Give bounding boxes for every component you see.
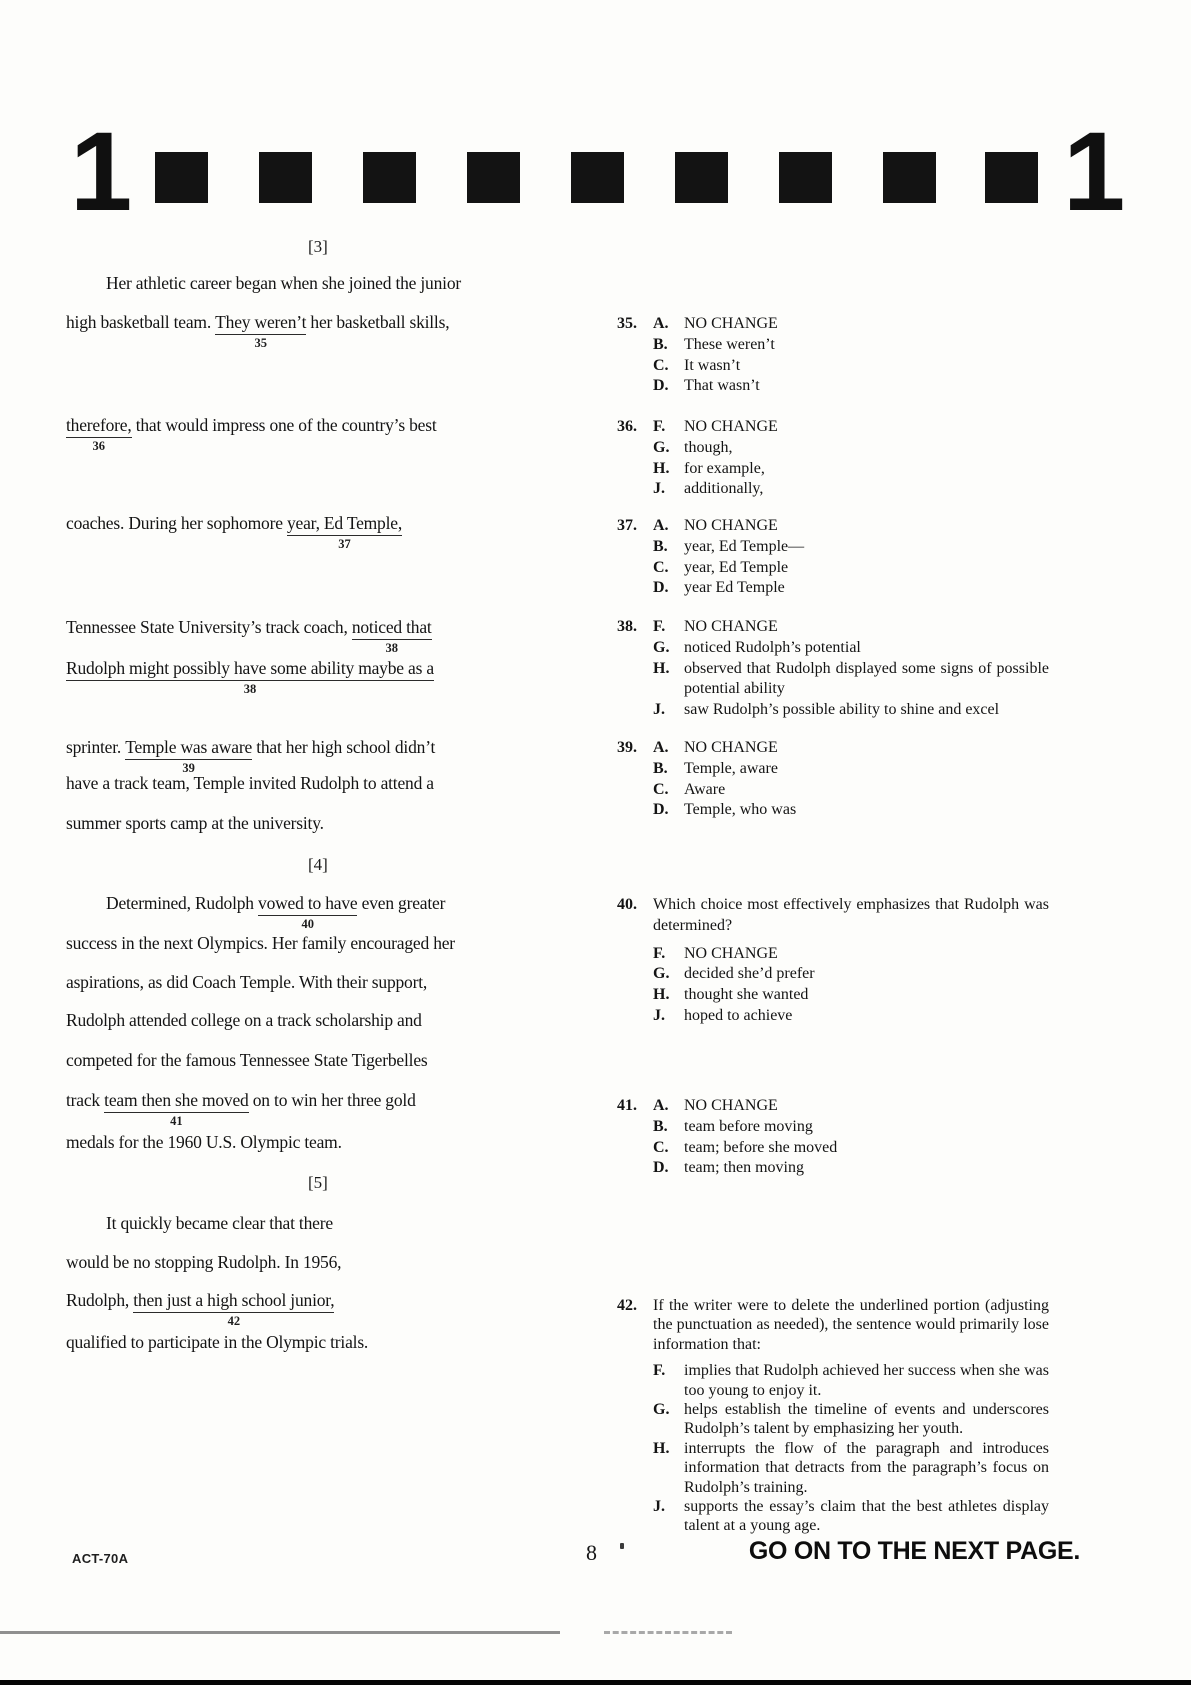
option-text: hoped to achieve (684, 1006, 1049, 1027)
option-letter: G. (653, 964, 684, 985)
question-39: 39. A.NO CHANGE B.Temple, aware C.Aware … (617, 738, 1049, 821)
question-37: 37. A.NO CHANGE B.year, Ed Temple— C.yea… (617, 516, 1049, 599)
answer-option[interactable]: B.year, Ed Temple— (653, 537, 1049, 558)
answer-option[interactable]: C.Aware (653, 780, 1049, 801)
answer-option[interactable]: D.year Ed Temple (653, 578, 1049, 599)
answer-option[interactable]: H.interrupts the flow of the paragraph a… (653, 1439, 1049, 1497)
passage-text: track (66, 1090, 104, 1110)
answer-option[interactable]: F.NO CHANGE (653, 417, 1049, 438)
paragraph-marker: [4] (308, 855, 328, 875)
passage-line: Rudolph might possibly have some ability… (66, 658, 434, 681)
option-letter: J. (653, 1006, 684, 1027)
answer-option[interactable]: C.year, Ed Temple (653, 558, 1049, 579)
paragraph-marker: [3] (308, 237, 328, 257)
underlined-portion-41: team then she moved41 (104, 1090, 248, 1113)
header-square (259, 152, 312, 203)
passage-line: Tennessee State University’s track coach… (66, 617, 432, 640)
section-number-right: 1 (1063, 116, 1121, 228)
underlined-text: They weren’t (215, 312, 306, 332)
option-letter: F. (653, 617, 684, 638)
answer-option[interactable]: C.team; before she moved (653, 1138, 1049, 1159)
question-stem: If the writer were to delete the underli… (653, 1296, 1049, 1354)
passage-line: Rudolph attended college on a track scho… (66, 1010, 422, 1031)
passage-text: that would impress one of the country’s … (132, 415, 437, 435)
option-letter: D. (653, 1158, 684, 1179)
underline-number: 36 (93, 440, 106, 453)
passage-text: Rudolph attended college on a track scho… (66, 1010, 422, 1030)
passage-line: summer sports camp at the university. (66, 813, 324, 834)
option-letter: J. (653, 700, 684, 721)
option-text: NO CHANGE (684, 617, 1049, 638)
underline-number: 42 (228, 1315, 241, 1328)
option-text: That wasn’t (684, 376, 1049, 397)
question-number: 38. (617, 617, 653, 638)
header-square (779, 152, 832, 203)
scan-rule-dashes (604, 1631, 732, 1634)
underlined-portion-42: then just a high school junior,42 (133, 1290, 334, 1313)
header-square (467, 152, 520, 203)
option-letter: C. (653, 1138, 684, 1159)
answer-option[interactable]: J.saw Rudolph’s possible ability to shin… (653, 700, 1049, 721)
passage-line: track team then she moved41 on to win he… (66, 1090, 416, 1113)
header-square (675, 152, 728, 203)
option-text: team; before she moved (684, 1138, 1049, 1159)
passage-text: Rudolph, (66, 1290, 133, 1310)
answer-option[interactable]: J.additionally, (653, 479, 1049, 500)
answer-option[interactable]: D.That wasn’t (653, 376, 1049, 397)
question-40: 40. Which choice most effectively emphas… (617, 895, 1049, 1027)
passage-text: coaches. During her sophomore (66, 513, 287, 533)
option-letter: D. (653, 578, 684, 599)
option-letter: G. (653, 638, 684, 659)
passage-line: coaches. During her sophomore year, Ed T… (66, 513, 402, 536)
header-square (571, 152, 624, 203)
question-number: 37. (617, 516, 653, 537)
passage-text: even greater (357, 893, 445, 913)
answer-option[interactable]: J.hoped to achieve (653, 1006, 1049, 1027)
passage-text: summer sports camp at the university. (66, 813, 324, 833)
answer-option[interactable]: G.noticed Rudolph’s potential (653, 638, 1049, 659)
passage-line: It quickly became clear that there (106, 1213, 333, 1234)
question-number: 39. (617, 738, 653, 759)
option-text: NO CHANGE (684, 516, 1049, 537)
passage-line: high basketball team. They weren’t35 her… (66, 312, 449, 335)
option-letter: D. (653, 376, 684, 397)
scan-artifact (620, 1543, 624, 1549)
underlined-text: then just a high school junior, (133, 1290, 334, 1310)
underlined-portion-37: year, Ed Temple,37 (287, 513, 402, 536)
option-letter: C. (653, 356, 684, 377)
option-text: though, (684, 438, 1049, 459)
underlined-text: Temple was aware (125, 737, 252, 757)
option-letter: B. (653, 1117, 684, 1138)
passage-text: that her high school didn’t (252, 737, 435, 757)
passage-line: aspirations, as did Coach Temple. With t… (66, 972, 427, 993)
option-letter: H. (653, 459, 684, 480)
option-text: year, Ed Temple (684, 558, 1049, 579)
option-letter: B. (653, 759, 684, 780)
answer-option[interactable]: H.observed that Rudolph displayed some s… (653, 659, 1049, 701)
passage-text: success in the next Olympics. Her family… (66, 933, 455, 953)
passage-text: competed for the famous Tennessee State … (66, 1050, 428, 1070)
answer-option[interactable]: A.NO CHANGE (653, 314, 1049, 335)
option-letter: J. (653, 1497, 684, 1516)
underline-number: 38 (385, 642, 398, 655)
passage-line: Her athletic career began when she joine… (106, 273, 461, 294)
question-number: 42. (617, 1296, 653, 1315)
answer-option[interactable]: D.team; then moving (653, 1158, 1049, 1179)
question-number: 36. (617, 417, 653, 438)
passage-text: aspirations, as did Coach Temple. With t… (66, 972, 427, 992)
option-letter: C. (653, 780, 684, 801)
option-text: helps establish the timeline of events a… (684, 1400, 1049, 1439)
option-text: NO CHANGE (684, 944, 1049, 965)
passage-line: Determined, Rudolph vowed to have40 even… (106, 893, 445, 916)
passage-line: therefore,36 that would impress one of t… (66, 415, 437, 438)
option-text: team before moving (684, 1117, 1049, 1138)
page-bottom-bar (0, 1680, 1191, 1685)
passage-line: would be no stopping Rudolph. In 1956, (66, 1252, 341, 1273)
passage-text: on to win her three gold (249, 1090, 416, 1110)
underlined-text: Rudolph might possibly have some ability… (66, 658, 434, 678)
option-letter: H. (653, 985, 684, 1006)
paragraph-marker: [5] (308, 1173, 328, 1193)
underline-number: 41 (170, 1115, 183, 1128)
question-36: 36. F.NO CHANGE G.though, H.for example,… (617, 417, 1049, 500)
section-number-left: 1 (70, 116, 128, 228)
underlined-text: year, Ed Temple, (287, 513, 402, 533)
answer-option[interactable]: F.implies that Rudolph achieved her succ… (653, 1361, 1049, 1400)
answer-option[interactable]: C.It wasn’t (653, 356, 1049, 377)
question-number: 41. (617, 1096, 653, 1117)
passage-text: Tennessee State University’s track coach… (66, 617, 352, 637)
option-letter: F. (653, 944, 684, 965)
answer-option[interactable]: F.NO CHANGE (653, 944, 1049, 965)
option-letter: F. (653, 1361, 684, 1380)
scan-rule (0, 1631, 560, 1634)
underlined-portion-39: Temple was aware39 (125, 737, 252, 760)
answer-option[interactable]: H.for example, (653, 459, 1049, 480)
underlined-portion-36: therefore,36 (66, 415, 132, 438)
header-square (985, 152, 1038, 203)
header-square (883, 152, 936, 203)
answer-option[interactable]: A.NO CHANGE (653, 516, 1049, 537)
option-letter: B. (653, 537, 684, 558)
underline-number: 35 (254, 337, 267, 350)
passage-text: qualified to participate in the Olympic … (66, 1332, 368, 1352)
option-text: team; then moving (684, 1158, 1049, 1179)
option-letter: A. (653, 1096, 684, 1117)
underlined-portion-35: They weren’t35 (215, 312, 306, 335)
option-text: It wasn’t (684, 356, 1049, 377)
answer-option[interactable]: A.NO CHANGE (653, 1096, 1049, 1117)
passage-line: have a track team, Temple invited Rudolp… (66, 773, 434, 794)
option-letter: J. (653, 479, 684, 500)
option-letter: F. (653, 417, 684, 438)
option-text: saw Rudolph’s possible ability to shine … (684, 700, 1049, 721)
passage-line: medals for the 1960 U.S. Olympic team. (66, 1132, 342, 1153)
underline-number: 37 (338, 538, 351, 551)
page-number: 8 (586, 1540, 597, 1566)
option-text: Temple, aware (684, 759, 1049, 780)
option-letter: B. (653, 335, 684, 356)
passage-line: qualified to participate in the Olympic … (66, 1332, 368, 1353)
question-number: 40. (617, 895, 653, 916)
option-text: Aware (684, 780, 1049, 801)
answer-option[interactable]: B.These weren’t (653, 335, 1049, 356)
answer-option[interactable]: B.Temple, aware (653, 759, 1049, 780)
underlined-text: noticed that (352, 617, 432, 637)
option-letter: A. (653, 314, 684, 335)
answer-option[interactable]: J.supports the essay’s claim that the be… (653, 1497, 1049, 1536)
passage-line: sprinter. Temple was aware39 that her hi… (66, 737, 435, 760)
answer-option[interactable]: F.NO CHANGE (653, 617, 1049, 638)
option-letter: G. (653, 1400, 684, 1419)
option-text: interrupts the flow of the paragraph and… (684, 1439, 1049, 1497)
option-letter: C. (653, 558, 684, 579)
option-text: NO CHANGE (684, 417, 1049, 438)
passage-text: Her athletic career began when she joine… (106, 273, 461, 293)
passage-line: Rudolph, then just a high school junior,… (66, 1290, 334, 1313)
option-letter: G. (653, 438, 684, 459)
underline-number: 38 (244, 683, 257, 696)
option-text: decided she’d prefer (684, 964, 1049, 985)
answer-option[interactable]: A.NO CHANGE (653, 738, 1049, 759)
test-page: 1 1 [3] Her athletic career began when s… (0, 0, 1191, 1685)
passage-text: have a track team, Temple invited Rudolp… (66, 773, 434, 793)
option-letter: H. (653, 659, 684, 680)
question-38: 38. F.NO CHANGE G.noticed Rudolph’s pote… (617, 617, 1049, 721)
option-text: NO CHANGE (684, 738, 1049, 759)
header-square (363, 152, 416, 203)
underline-number: 40 (301, 918, 314, 931)
header-square (155, 152, 208, 203)
passage-text: would be no stopping Rudolph. In 1956, (66, 1252, 341, 1272)
question-number: 35. (617, 314, 653, 335)
answer-option[interactable]: G.helps establish the timeline of events… (653, 1400, 1049, 1439)
passage-text: high basketball team. (66, 312, 215, 332)
option-text: year, Ed Temple— (684, 537, 1049, 558)
underlined-text: therefore, (66, 415, 132, 435)
option-letter: H. (653, 1439, 684, 1458)
option-text: additionally, (684, 479, 1049, 500)
passage-text: her basketball skills, (306, 312, 449, 332)
option-text: supports the essay’s claim that the best… (684, 1497, 1049, 1536)
passage-text: It quickly became clear that there (106, 1213, 333, 1233)
option-text: implies that Rudolph achieved her succes… (684, 1361, 1049, 1400)
option-text: noticed Rudolph’s potential (684, 638, 1049, 659)
underlined-portion-38b: Rudolph might possibly have some ability… (66, 658, 434, 681)
go-on-instruction: GO ON TO THE NEXT PAGE. (749, 1537, 1080, 1566)
passage-text: medals for the 1960 U.S. Olympic team. (66, 1132, 342, 1152)
underlined-portion-40: vowed to have40 (258, 893, 357, 916)
underlined-text: team then she moved (104, 1090, 248, 1110)
answer-option[interactable]: D.Temple, who was (653, 800, 1049, 821)
passage-text: sprinter. (66, 737, 125, 757)
answer-option[interactable]: H.thought she wanted (653, 985, 1049, 1006)
option-text: NO CHANGE (684, 1096, 1049, 1117)
form-code: ACT-70A (72, 1551, 128, 1566)
question-35: 35. A.NO CHANGE B.These weren’t C.It was… (617, 314, 1049, 397)
question-41: 41. A.NO CHANGE B.team before moving C.t… (617, 1096, 1049, 1179)
option-text: Temple, who was (684, 800, 1049, 821)
passage-text: Determined, Rudolph (106, 893, 258, 913)
answer-option[interactable]: G.decided she’d prefer (653, 964, 1049, 985)
passage-line: competed for the famous Tennessee State … (66, 1050, 428, 1071)
underlined-text: vowed to have (258, 893, 357, 913)
option-letter: A. (653, 738, 684, 759)
option-text: for example, (684, 459, 1049, 480)
option-text: These weren’t (684, 335, 1049, 356)
passage-line: success in the next Olympics. Her family… (66, 933, 455, 954)
option-letter: D. (653, 800, 684, 821)
question-42: 42. If the writer were to delete the und… (617, 1296, 1049, 1536)
answer-option[interactable]: G.though, (653, 438, 1049, 459)
option-letter: A. (653, 516, 684, 537)
option-text: thought she wanted (684, 985, 1049, 1006)
question-stem: Which choice most effectively emphasizes… (653, 895, 1049, 937)
option-text: observed that Rudolph displayed some sig… (684, 659, 1049, 701)
answer-option[interactable]: B.team before moving (653, 1117, 1049, 1138)
underlined-portion-38: noticed that38 (352, 617, 432, 640)
option-text: NO CHANGE (684, 314, 1049, 335)
option-text: year Ed Temple (684, 578, 1049, 599)
